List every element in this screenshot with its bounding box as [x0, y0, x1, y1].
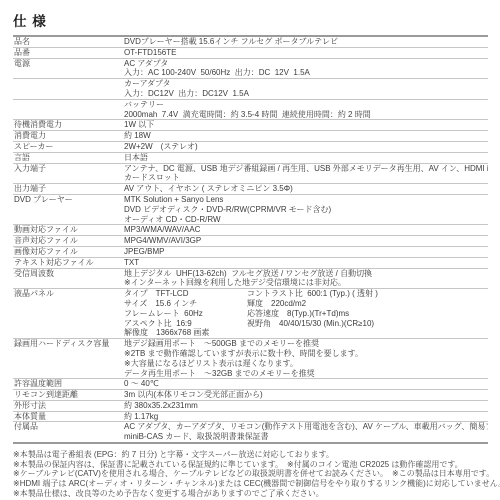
table-row: 画像対応ファイル JPEG/BMP [13, 247, 488, 258]
spec-row-label: リモコン到達距離 [13, 390, 124, 400]
table-row: 言語 日本語 [13, 153, 488, 164]
spec-value-line: データ再生用ポート ～32GB までのメモリーを推奨 [124, 369, 488, 379]
spec-row-label: スピーカー [13, 142, 124, 152]
table-row: 電源 AC アダプタ 入力：AC 100-240V 50/60Hz 出力：DC … [13, 59, 488, 80]
table-row: 出力端子 AV アウト、イヤホン ( ステレオミニピン 3.5Φ) [13, 184, 488, 195]
spec-value-line: 2W+2W (ステレオ) [124, 142, 488, 152]
footnote-line: ※本製品は電子番組表 (EPG：約 7 日分) と字幕・文字スーパー放送に対応し… [13, 450, 500, 460]
spec-value-line: 地デジ録画用ポート ～500GB までのメモリーを推奨 [124, 339, 488, 349]
spec-value-line: AC アダプタ、カーアダプタ、リモコン(動作テスト用電池を含む)、AV ケーブル… [124, 422, 488, 432]
spec-page: 仕 様 品名 DVDプレーヤー搭載 15.6インチ フルセグ ポータブルテレビ … [0, 0, 500, 499]
spec-value-line: ※インターネット回線を利用した地デジ受信環境には非対応。 [124, 278, 488, 288]
table-row: 入力端子 アンテナ、DC 電源、USB 地デジ番組録画 / 再生用、USB 外部… [13, 164, 488, 185]
spec-value-line: 2000mah 7.4V 満充電時間：約 3.5-4 時間 連続使用時間：約 2… [124, 110, 488, 120]
table-row: 本体質量 約 1.17kg [13, 412, 488, 423]
spec-value-line: MP3/WMA/WAV/AAC [124, 225, 488, 235]
table-row-lcd-panel: 液晶パネル タイプ TFT-LCD サイズ 15.6 インチ フレームレート 6… [13, 289, 488, 339]
spec-value-line: 1W 以下 [124, 120, 488, 130]
spec-row-label: 録画用ハードディスク容量 [13, 339, 124, 378]
table-row: カーアダプタ 入力：DC12V 出力：DC12V 1.5A [13, 79, 488, 100]
spec-table: 品名 DVDプレーヤー搭載 15.6インチ フルセグ ポータブルテレビ 品番 O… [13, 35, 488, 444]
table-row: バッテリー 2000mah 7.4V 満充電時間：約 3.5-4 時間 連続使用… [13, 100, 488, 121]
spec-row-label: 言語 [13, 153, 124, 163]
spec-value-line: カーアダプタ [124, 79, 488, 89]
footnote-line: ※本製品仕様は、改良等のため予告なく変更する場合がありますのでご了承ください。 [13, 489, 500, 499]
spec-value-line: ※大容量になるほどリスト表示は遅くなります。 [124, 359, 488, 369]
spec-row-label [13, 100, 124, 120]
footnotes: ※本製品は電子番組表 (EPG：約 7 日分) と字幕・文字スーパー放送に対応し… [13, 450, 500, 499]
footnote-line: ※ケーブルテレビ(CATV)を使用される場合、ケーブルテレビなどの取扱説明書を併… [13, 469, 500, 479]
spec-row-label: テキスト対応ファイル [13, 258, 124, 268]
spec-value-line: DVDプレーヤー搭載 15.6インチ フルセグ ポータブルテレビ [124, 37, 488, 47]
spec-row-label: 入力端子 [13, 164, 124, 184]
spec-row-label: 許容温度範囲 [13, 379, 124, 389]
table-row: 待機消費電力 1W 以下 [13, 120, 488, 131]
spec-value-line: JPEG/BMP [124, 247, 488, 257]
spec-value-line: 約 1.17kg [124, 412, 488, 422]
table-row: 動画対応ファイル MP3/WMA/WAV/AAC [13, 225, 488, 236]
table-row: リモコン到達距離 3m 以内(本体リモコン受光部正面から) [13, 390, 488, 401]
table-row: 音声対応ファイル MPG4/WMV/AVI/3GP [13, 236, 488, 247]
spec-value-line: miniB-CAS カード、取扱説明書兼保証書 [124, 432, 488, 442]
spec-value-line: バッテリー [124, 100, 488, 110]
spec-value-line: AC アダプタ [124, 59, 488, 69]
footnote-line: ※HDMI 端子は ARC(オーディオ・リターン・チャンネル)または CEC(機… [13, 479, 500, 489]
spec-row-label: 付属品 [13, 422, 124, 442]
spec-row-label: DVD プレーヤー [13, 195, 124, 224]
spec-value-line: アンテナ、DC 電源、USB 地デジ番組録画 / 再生用、USB 外部メモリデー… [124, 164, 488, 174]
spec-value-line: MPG4/WMV/AVI/3GP [124, 236, 488, 246]
spec-value-line: 入力：DC12V 出力：DC12V 1.5A [124, 89, 488, 99]
spec-value-line: OT-FTD156TE [124, 48, 488, 58]
spec-value-line: 地上デジタル UHF(13-62ch) フルセグ放送 / ワンセグ放送 / 自動… [124, 269, 488, 279]
table-row: 許容温度範囲 0 ～ 40℃ [13, 379, 488, 390]
spec-row-label: 外形寸法 [13, 401, 124, 411]
spec-value-line: 約 380x35.2x231mm [124, 401, 488, 411]
spec-row-label: 電源 [13, 59, 124, 79]
spec-row-label: 音声対応ファイル [13, 236, 124, 246]
spec-value-line: MTK Solution + Sanyo Lens [124, 195, 488, 205]
table-row: DVD プレーヤー MTK Solution + Sanyo Lens DVD … [13, 195, 488, 225]
spec-row-label: 品番 [13, 48, 124, 58]
spec-value-line: ※2TB まで動作確認していますが表示に数十秒、時間を要します。 [124, 349, 488, 359]
spec-row-label: 本体質量 [13, 412, 124, 422]
spec-value-line: カードスロット [124, 173, 488, 183]
table-row: 品番 OT-FTD156TE [13, 48, 488, 59]
spec-row-label: 受信周波数 [13, 269, 124, 289]
spec-value-line: 約 18W [124, 131, 488, 141]
spec-row-label: 待機消費電力 [13, 120, 124, 130]
table-row: 外形寸法 約 380x35.2x231mm [13, 401, 488, 412]
spec-value-line: 視野角 40/40/15/30 (Min.)(CR≥10) [247, 319, 488, 329]
spec-value-line: 0 ～ 40℃ [124, 379, 488, 389]
spec-value-line: タイプ TFT-LCD [124, 289, 247, 299]
table-row: 録画用ハードディスク容量 地デジ録画用ポート ～500GB までのメモリーを推奨… [13, 339, 488, 379]
spec-value-line: TXT [124, 258, 488, 268]
lcd-left-column: タイプ TFT-LCD サイズ 15.6 インチ フレームレート 60Hz アス… [124, 289, 247, 338]
table-row: 受信周波数 地上デジタル UHF(13-62ch) フルセグ放送 / ワンセグ放… [13, 269, 488, 290]
table-row: 付属品 AC アダプタ、カーアダプタ、リモコン(動作テスト用電池を含む)、AV … [13, 422, 488, 442]
spec-value-line: 輝度 220cd/m2 [247, 299, 488, 309]
spec-row-label: 画像対応ファイル [13, 247, 124, 257]
spec-row-label: 品名 [13, 37, 124, 47]
table-row: スピーカー 2W+2W (ステレオ) [13, 142, 488, 153]
spec-row-label: 動画対応ファイル [13, 225, 124, 235]
spec-row-label: 出力端子 [13, 184, 124, 194]
spec-row-label: 消費電力 [13, 131, 124, 141]
table-row: 品名 DVDプレーヤー搭載 15.6インチ フルセグ ポータブルテレビ [13, 37, 488, 48]
table-row: テキスト対応ファイル TXT [13, 258, 488, 269]
spec-row-label: 液晶パネル [13, 289, 124, 338]
lcd-right-column: コントラスト比 600:1 (Typ.) ( 透射 ) 輝度 220cd/m2 … [247, 289, 488, 338]
spec-value-line: フレームレート 60Hz [124, 309, 247, 319]
spec-value-line: アスペクト比 16:9 [124, 319, 247, 329]
page-title: 仕 様 [13, 10, 488, 30]
table-row: 消費電力 約 18W [13, 131, 488, 142]
spec-value-line: コントラスト比 600:1 (Typ.) ( 透射 ) [247, 289, 488, 299]
spec-value-line: オーディオ CD・CD-R/RW [124, 215, 488, 225]
spec-value-line: DVD ビデオディスク・DVD-R/RW(CPRM/VR モード含む) [124, 205, 488, 215]
spec-row-label [13, 79, 124, 99]
spec-value-line: サイズ 15.6 インチ [124, 299, 247, 309]
spec-value-line: 解像度 1366x768 画素 [124, 328, 247, 338]
footnote-line: ※本製品の保証内容は、保証書に記載されている保証規約に準じています。 ※付属のコ… [13, 460, 500, 470]
spec-value-line: 入力：AC 100-240V 50/60Hz 出力：DC 12V 1.5A [124, 68, 488, 78]
spec-value-line: 3m 以内(本体リモコン受光部正面から) [124, 390, 488, 400]
spec-value-line: 応答速度 8(Typ.)(Tr+Td)ms [247, 309, 488, 319]
spec-value-line: AV アウト、イヤホン ( ステレオミニピン 3.5Φ) [124, 184, 488, 194]
spec-value-line: 日本語 [124, 153, 488, 163]
